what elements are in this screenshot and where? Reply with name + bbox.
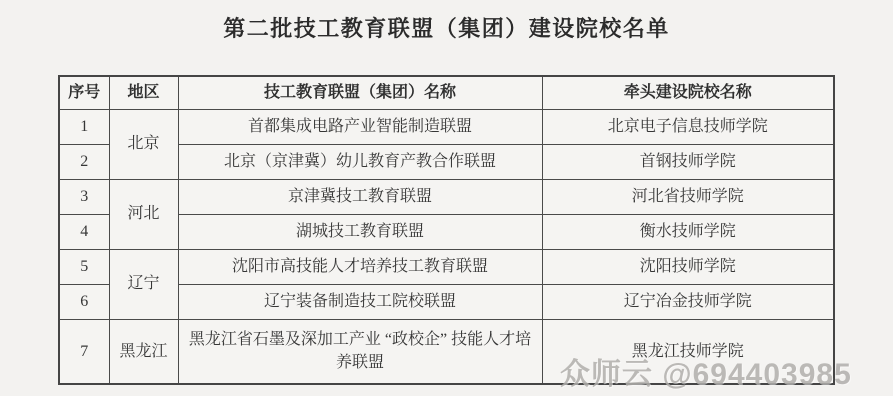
table-row: 3 河北 京津冀技工教育联盟 河北省技师学院 <box>59 179 834 214</box>
cell-lead-school: 衡水技师学院 <box>542 214 834 249</box>
cell-alliance-name: 首都集成电路产业智能制造联盟 <box>178 109 542 144</box>
cell-region: 河北 <box>109 179 178 249</box>
cell-lead-school: 黑龙江技师学院 <box>542 319 834 384</box>
page-title: 第二批技工教育联盟（集团）建设院校名单 <box>0 12 893 43</box>
table-row: 5 辽宁 沈阳市高技能人才培养技工教育联盟 沈阳技师学院 <box>59 249 834 284</box>
cell-lead-school: 北京电子信息技师学院 <box>542 109 834 144</box>
cell-alliance-name: 辽宁装备制造技工院校联盟 <box>178 284 542 319</box>
cell-index: 3 <box>59 179 109 214</box>
table-row: 1 北京 首都集成电路产业智能制造联盟 北京电子信息技师学院 <box>59 109 834 144</box>
col-header-lead-school: 牵头建设院校名称 <box>542 76 834 109</box>
col-header-region: 地区 <box>109 76 178 109</box>
cell-lead-school: 首钢技师学院 <box>542 144 834 179</box>
cell-lead-school: 辽宁冶金技师学院 <box>542 284 834 319</box>
cell-region: 辽宁 <box>109 249 178 319</box>
cell-index: 7 <box>59 319 109 384</box>
cell-index: 2 <box>59 144 109 179</box>
alliance-table: 序号 地区 技工教育联盟（集团）名称 牵头建设院校名称 1 北京 首都集成电路产… <box>58 75 835 385</box>
cell-lead-school: 河北省技师学院 <box>542 179 834 214</box>
table-row: 7 黑龙江 黑龙江省石墨及深加工产业 “政校企” 技能人才培养联盟 黑龙江技师学… <box>59 319 834 384</box>
cell-alliance-name: 京津冀技工教育联盟 <box>178 179 542 214</box>
cell-alliance-name: 湖城技工教育联盟 <box>178 214 542 249</box>
col-header-alliance-name: 技工教育联盟（集团）名称 <box>178 76 542 109</box>
cell-region: 北京 <box>109 109 178 179</box>
cell-index: 6 <box>59 284 109 319</box>
cell-index: 1 <box>59 109 109 144</box>
cell-alliance-name: 沈阳市高技能人才培养技工教育联盟 <box>178 249 542 284</box>
col-header-index: 序号 <box>59 76 109 109</box>
table-header-row: 序号 地区 技工教育联盟（集团）名称 牵头建设院校名称 <box>59 76 834 109</box>
cell-index: 4 <box>59 214 109 249</box>
cell-alliance-name: 北京（京津冀）幼儿教育产教合作联盟 <box>178 144 542 179</box>
cell-index: 5 <box>59 249 109 284</box>
cell-region: 黑龙江 <box>109 319 178 384</box>
cell-lead-school: 沈阳技师学院 <box>542 249 834 284</box>
cell-alliance-name: 黑龙江省石墨及深加工产业 “政校企” 技能人才培养联盟 <box>178 319 542 384</box>
